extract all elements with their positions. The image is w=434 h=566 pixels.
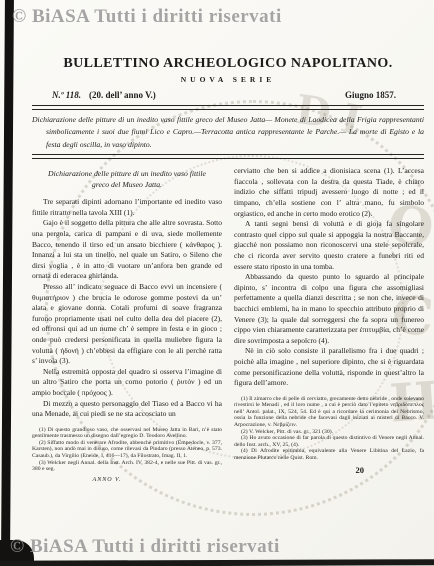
paragraph: Gajo è il soggetto della pittura che all… xyxy=(32,218,222,282)
text-columns: Dichiarazione delle pitture di un inedit… xyxy=(32,166,424,483)
watermark-top: © BiASA Tutti i diritti riservati xyxy=(12,6,282,28)
left-column: Dichiarazione delle pitture di un inedit… xyxy=(32,166,222,483)
right-footnotes: (1) Il zimarro che di pelle di cerviatto… xyxy=(234,396,424,462)
left-footnotes: (1) Di questo grandioso vaso, che osserv… xyxy=(32,427,222,473)
issue-line: N.º 118. (20. dell’ anno V.) Giugno 1857… xyxy=(32,90,424,100)
paragraph: Nè in ciò solo consiste il parallelismo … xyxy=(234,346,424,388)
paragraph: cerviatto che ben si addice a dionisiaca… xyxy=(234,166,424,219)
page-content: BULLETTINO ARCHEOLOGICO NAPOLITANO. NUOV… xyxy=(32,50,424,483)
paragraph: Presso all’ indicato seguace di Bacco ev… xyxy=(32,282,222,367)
paragraph: Di mezzo a questo personaggio del Tiaso … xyxy=(32,399,222,420)
scan-bottom-edge xyxy=(0,559,434,566)
scan-spine-bar xyxy=(1,0,14,552)
issue-date: Giugno 1857. xyxy=(345,90,396,100)
article-heading: Dichiarazione delle pitture di un inedit… xyxy=(32,168,222,190)
footnote: (4) Di Afrodite epitimbia, equivalente a… xyxy=(234,448,424,461)
scanned-page: D I O C H © BiASA Tutti i diritti riserv… xyxy=(0,0,434,566)
page-number: 20 xyxy=(234,465,424,475)
divider-rule-bottom xyxy=(32,154,424,159)
footnote: (3) Ho avuto occasione di far parola di … xyxy=(234,435,424,448)
paragraph: Nella estremità opposta del quadro si os… xyxy=(32,367,222,399)
paragraph: Tre separati dipinti adornano l’importan… xyxy=(32,197,222,218)
footnote: (1) Di questo grandioso vaso, che osserv… xyxy=(32,427,222,440)
divider-rule-top xyxy=(32,105,424,110)
right-column: cerviatto che ben si addice a dionisiaca… xyxy=(234,166,424,483)
journal-title: BULLETTINO ARCHEOLOGICO NAPOLITANO. xyxy=(32,56,424,72)
footnote: (2) Siffatto modo di venerare Afrodite, … xyxy=(32,440,222,460)
footnote: (3) Welcker negli Annal. della Inst. Arc… xyxy=(32,460,222,473)
paragraph: A tanti segni bensì di voluttà e di gioj… xyxy=(234,219,424,272)
watermark-bottom: © BiASA Tutti i diritti riservati xyxy=(10,536,280,558)
volume-signature: ANNO V. xyxy=(32,477,222,483)
paragraph: Abbassando da questo punto lo sguardo al… xyxy=(234,272,424,346)
issue-number: N.º 118. xyxy=(52,90,81,100)
series-subtitle: NUOVA SERIE xyxy=(32,75,424,84)
footnote: (1) Il zimarro che di pelle di cerviatto… xyxy=(234,396,424,429)
issue-detail: (20. dell’ anno V.) xyxy=(89,90,156,100)
contents-summary: Dichiarazione delle pitture di un inedit… xyxy=(32,114,424,151)
